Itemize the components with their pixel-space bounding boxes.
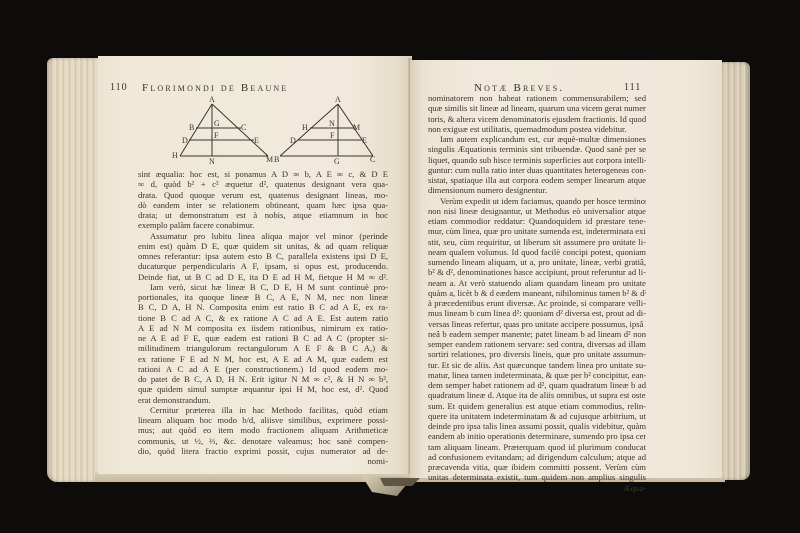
text-line: sum. Et quidem generalius est atque etia… [428, 401, 646, 411]
text-line: deinde pro ipsa talis linea assumi possi… [428, 421, 646, 431]
text-line: mus; aut quòd eo item modo fractionem al… [138, 425, 388, 435]
text-line: singulis Æquationis terminis sint tribue… [428, 144, 646, 154]
text-line: quere ita unitatem indeterminatam & ad c… [428, 411, 646, 421]
figure-right-labels: A H N M D F E B G C [274, 95, 375, 166]
svg-text:F: F [330, 131, 335, 140]
geometric-figures: A B G C D F E H N M A H [98, 56, 412, 166]
text-line: Cernitur præterea illa in hac Methodo fa… [138, 405, 388, 415]
svg-text:E: E [362, 136, 367, 145]
text-line: ∞ d, quòd b² + c² æquetur d², quatenus d… [138, 179, 388, 189]
text-line: dio, quòd litera fractio exprimi possit,… [138, 446, 388, 456]
svg-text:C: C [241, 123, 246, 132]
text-line: drata; ut demonstratum est à nobis, atqu… [138, 210, 388, 220]
text-line: etiam commodior reddatur: Quandoquidem i… [428, 216, 646, 226]
text-line: omnes referantur: ipsa autem esto B C, p… [138, 251, 388, 261]
text-line: guntur: cum nulla ratio inter duas quant… [428, 165, 646, 175]
open-book: 110 Florimondi de Beaune A B G C D F E H… [0, 0, 800, 533]
text-line: eandem ab initio operationis determinare… [428, 431, 646, 441]
text-line: matur, linea tamen indeterminata, & quæ … [428, 370, 646, 380]
svg-text:F: F [214, 131, 219, 140]
text-line: rationi A C ad A E (per constructionem.)… [138, 364, 388, 374]
text-line: do patet de B C, A D, H N. Erit igitur N… [138, 374, 388, 384]
svg-text:A: A [335, 95, 341, 104]
text-line: versas lineas refertur, quas pro unitate… [428, 319, 646, 329]
text-line: tam aliquam lineam. Præterquam quod id p… [428, 442, 646, 452]
left-page-body: sint æqualia: hoc est, si ponamus A D ∞ … [138, 169, 388, 466]
text-line: dem semper habet rationem ad d², quam qu… [428, 380, 646, 390]
text-line: Iam autem explicandum est, cur æquè-mult… [428, 134, 646, 144]
text-line: Verùm expedit ut idem faciamus, quando p… [428, 196, 646, 206]
page-block-right-edge [718, 62, 750, 480]
svg-text:C: C [370, 155, 375, 164]
text-line: mur, cùm linea, quæ pro unitate sumenda … [428, 226, 646, 236]
text-line: ducaturque perpendicularis A F, ipsam, s… [138, 261, 388, 271]
svg-text:E: E [254, 136, 259, 145]
text-line: exemplo palàm facere conabimur. [138, 220, 388, 230]
text-line: ad confusionem evitandam; ad dirigendum … [428, 452, 646, 462]
svg-text:H: H [302, 123, 308, 132]
text-line: toris, & altera vicem denominatoris ejus… [428, 114, 646, 124]
text-line: stit, seu, cùm requiritur, ut liberum si… [428, 237, 646, 247]
text-line: sumendo lineam aliquam, ut a, pro unitat… [428, 257, 646, 267]
text-line: B C, D A, H N. Composita enim est ratio … [138, 302, 388, 312]
text-line: b² & d², denominationes hasce accipiunt,… [428, 267, 646, 277]
page-block-left-edge [47, 58, 103, 482]
text-line: liquet, quando sub hisce terminis superf… [428, 155, 646, 165]
text-line: non exiguæ est utilitatis, quemadmodum p… [428, 124, 646, 134]
text-line: neam qualem volumus. Id quod facilè conc… [428, 247, 646, 257]
text-line: A E ad N M composita ex iisdem rationibu… [138, 323, 388, 333]
text-line: erat demonstrandum. [138, 395, 388, 405]
text-line: quadratum lineæ d. Atque ita de aliis om… [428, 390, 646, 400]
text-line: à præcedentibus erunt diversæ. Ac proind… [428, 298, 646, 308]
catchword: Æqua- [428, 483, 646, 493]
text-line: lineam aliquam hoc modo b/d, aliisve sim… [138, 415, 388, 425]
text-line: non nisi lineæ designantur, ut Methodus … [428, 206, 646, 216]
text-line: sint æqualia: hoc est, si ponamus A D ∞ … [138, 169, 388, 179]
svg-text:D: D [290, 136, 296, 145]
text-line: nominatorem non habeat rationem commensu… [428, 93, 646, 103]
svg-text:B: B [274, 155, 279, 164]
svg-text:D: D [182, 136, 188, 145]
text-line: neâ b eadem semper manente; patet lineam… [428, 329, 646, 339]
svg-text:N: N [329, 119, 335, 128]
text-line: communis, ut ½, ⅔, &c. denotare valeamus… [138, 436, 388, 446]
text-line: Iam verò, sicut hæ lineæ B C, D E, H M s… [138, 282, 388, 292]
svg-text:M: M [353, 123, 360, 132]
text-line: ex ratione F E ad N M, hoc est, A E ad A… [138, 354, 388, 364]
text-line: Assumatur pro lubitu linea aliqua major … [138, 231, 388, 241]
right-page: Notæ Breves. 111 nominatorem non habeat … [410, 60, 722, 478]
catchword: nomi- [138, 456, 388, 466]
svg-text:A: A [209, 95, 215, 104]
svg-text:M: M [266, 155, 273, 164]
text-line: drata. Quod quoque verum est, quatenus d… [138, 190, 388, 200]
text-line: tur. Et sic de aliis. Ast quæcunque tand… [428, 360, 646, 370]
svg-text:H: H [172, 151, 178, 160]
svg-text:G: G [214, 119, 220, 128]
text-line: quæ similis sit lineæ ad lineam, quarum … [428, 103, 646, 113]
text-line: tione B C ad A C, & ex ratione A C ad A … [138, 313, 388, 323]
text-line: quàm a, licèt b & d eædem maneant, nihil… [428, 288, 646, 298]
text-line: neam a. At verò statuendo aliam quandam … [428, 278, 646, 288]
text-line: enim est) quàm D E, quæ quidem sit unita… [138, 241, 388, 251]
bookmark-clip-shadow [380, 478, 420, 486]
svg-text:G: G [334, 157, 340, 166]
text-line: portionales, ita quoque lineæ B C, A E, … [138, 292, 388, 302]
text-line: sortiri relationes, pro diversis lineis,… [428, 349, 646, 359]
left-page: 110 Florimondi de Beaune A B G C D F E H… [98, 56, 412, 474]
svg-text:B: B [189, 123, 194, 132]
text-line: dò eandem inter se relationem obtineant,… [138, 200, 388, 210]
figure-left-labels: A B G C D F E H N M [172, 95, 273, 166]
text-line: Deinde fiat, ut B C ad D E, ita D E ad H… [138, 272, 388, 282]
text-line: sistat, spatiaque illa aut corpora eodem… [428, 175, 646, 185]
page-number: 111 [624, 82, 641, 93]
text-line: ne A E ad F E, quæ eadem est rationi B C… [138, 333, 388, 343]
text-line: unitas determinata existit, tum quidem n… [428, 472, 646, 482]
text-line: semper eandem rationem servare: sed cont… [428, 339, 646, 349]
text-line: præcavenda vitia, quæ ibidem committi po… [428, 462, 646, 472]
text-line: quæ quidem simul sumptæ æquantur ipsi H … [138, 384, 388, 394]
text-line: militudinem triangulorum rectangulorum A… [138, 343, 388, 353]
right-page-body: nominatorem non habeat rationem commensu… [428, 93, 646, 493]
text-line: mus lineam b cum linea d²: quoniam d² di… [428, 308, 646, 318]
svg-text:N: N [209, 157, 215, 166]
text-line: dimensionum numero designentur. [428, 185, 646, 195]
